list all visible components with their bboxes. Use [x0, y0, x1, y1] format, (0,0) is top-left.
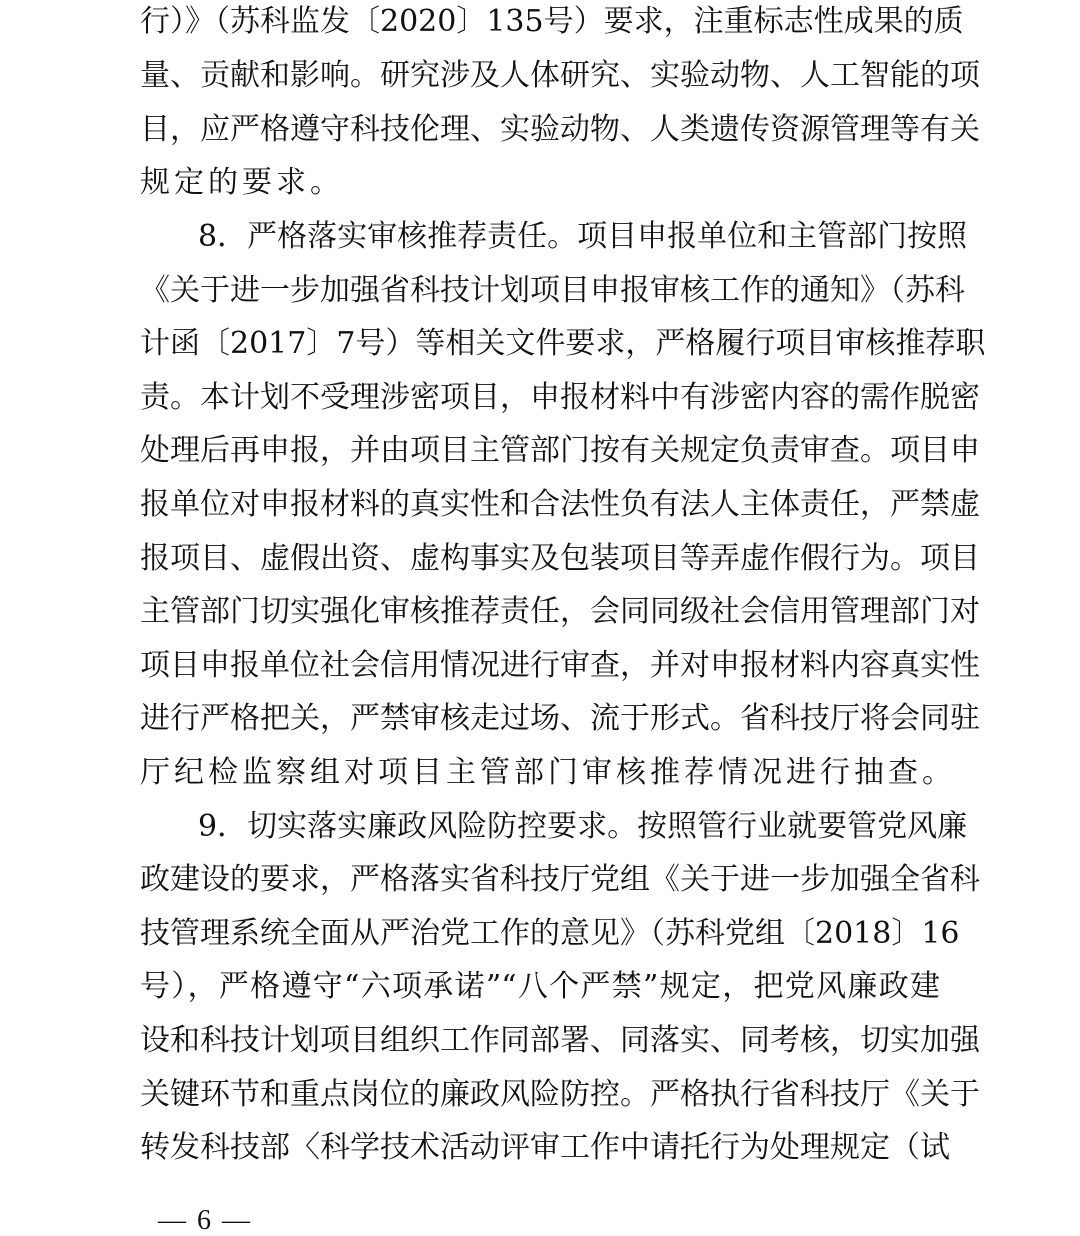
text-line: 报项目、虚假出资、虚构事实及包装项目等弄虚作假行为。项目 [140, 539, 940, 579]
text-line: 设和科技计划项目组织工作同部署、同落实、同考核，切实加强 [140, 1021, 940, 1061]
text-line: 技管理系统全面从严治党工作的意见》（苏科党组〔2018〕16 [140, 914, 940, 954]
text-line: 行）》（苏科监发〔2020〕135号）要求，注重标志性成果的质 [140, 2, 940, 42]
text-line: 量、贡献和影响。研究涉及人体研究、实验动物、人工智能的项 [140, 56, 940, 96]
paragraph-heading-line: 8．严格落实审核推荐责任。项目申报单位和主管部门按照 [198, 217, 940, 257]
text-line: 处理后再申报，并由项目主管部门按有关规定负责审查。项目申 [140, 431, 940, 471]
text-line: 转发科技部〈科学技术活动评审工作中请托行为处理规定（试 [140, 1128, 940, 1168]
paragraph-heading-line: 9．切实落实廉政风险防控要求。按照管行业就要管党风廉 [198, 807, 940, 847]
text-line: 报单位对申报材料的真实性和合法性负有法人主体责任，严禁虚 [140, 485, 940, 525]
text-line: 规定的要求。 [140, 163, 940, 203]
text-line: 号），严格遵守“六项承诺”“八个严禁”规定，把党风廉政建 [140, 967, 940, 1007]
text-line: 厅纪检监察组对项目主管部门审核推荐情况进行抽查。 [140, 753, 940, 793]
text-line: 计函〔2017〕7号）等相关文件要求，严格履行项目审核推荐职 [140, 324, 940, 364]
text-line: 主管部门切实强化审核推荐责任，会同同级社会信用管理部门对 [140, 592, 940, 632]
text-line: 政建设的要求，严格落实省科技厅党组《关于进一步加强全省科 [140, 860, 940, 900]
text-line: 责。本计划不受理涉密项目，申报材料中有涉密内容的需作脱密 [140, 378, 940, 418]
text-line: 进行严格把关，严禁审核走过场、流于形式。省科技厅将会同驻 [140, 699, 940, 739]
document-page: 行）》（苏科监发〔2020〕135号）要求，注重标志性成果的质 量、贡献和影响。… [0, 0, 1080, 1236]
text-line: 关键环节和重点岗位的廉政风险防控。严格执行省科技厅《关于 [140, 1075, 940, 1115]
text-line: 目，应严格遵守科技伦理、实验动物、人类遗传资源管理等有关 [140, 110, 940, 150]
page-number: — 6 — [158, 1204, 252, 1236]
text-line: 《关于进一步加强省科技计划项目申报审核工作的通知》（苏科 [140, 271, 940, 311]
text-line: 项目申报单位社会信用情况进行审查，并对申报材料内容真实性 [140, 646, 940, 686]
